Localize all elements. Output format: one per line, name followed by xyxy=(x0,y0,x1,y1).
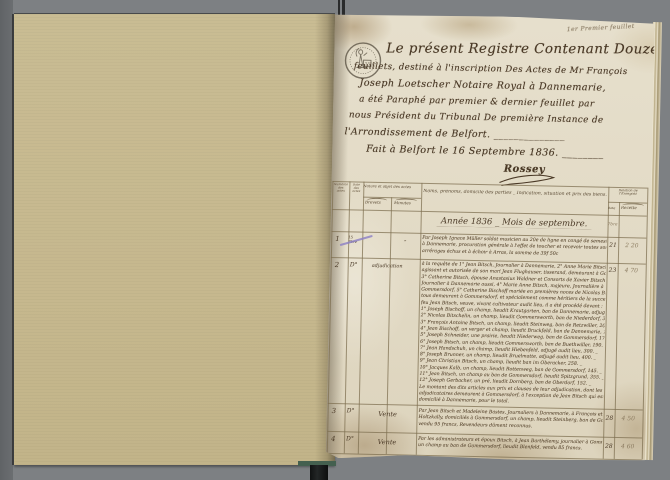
reg-fee: 4 50 xyxy=(621,415,635,422)
row-number: 2 xyxy=(335,261,340,269)
reg-day: 28 xyxy=(605,443,613,450)
reg-day: 23 xyxy=(609,267,617,274)
reg-fee: 4 60 xyxy=(621,443,635,450)
row-nature: adjudication xyxy=(362,263,420,271)
row-body: Par Joseph Ignace Müller soldat musicien… xyxy=(422,235,606,259)
col-header-numeros: Numérosdesactes xyxy=(332,183,350,209)
scanner-edge-strip xyxy=(0,0,13,480)
row-nature: Vente xyxy=(359,410,417,419)
col-header-noms: Noms, prénoms, domicile des parties _ In… xyxy=(423,189,607,199)
header-bottom-rule xyxy=(332,209,647,217)
left-page xyxy=(14,14,335,465)
row-number: 4 xyxy=(331,435,336,443)
header-line-5: nous Président du Tribunal De première I… xyxy=(349,110,604,125)
header-line-2: feuillets, destiné à l'inscription Des A… xyxy=(354,61,628,77)
col-subheader-minutes: Minutes xyxy=(391,201,421,208)
col-header-nature: Nature et objet des actes xyxy=(363,185,421,193)
reg-fee: 4 70 xyxy=(625,267,639,274)
notary-stamp-icon: 35 c xyxy=(343,39,384,82)
header-line-7: Fait à Belfort le 16 Septembre 1836. ___… xyxy=(366,144,604,160)
row-date: D° xyxy=(350,261,358,268)
corner-annotation: 1er Premier feuillet xyxy=(567,23,635,33)
col-divider xyxy=(614,202,620,459)
row-date: D° xyxy=(346,435,354,442)
reg-day: 21 xyxy=(609,242,617,249)
col-subheader-recette: Recette xyxy=(619,206,647,213)
right-page: 35 c 1er Premier feuillet Le présent Reg… xyxy=(326,13,655,465)
reg-day: 28 xyxy=(605,415,613,422)
col-subheader-brevets: Brevets xyxy=(363,201,391,208)
row-body: Par les administrateurs et époux Bitsch,… xyxy=(418,436,602,453)
register-table: Numérosdesactes Datedesactes Nature et o… xyxy=(327,181,648,460)
header-line-4: a été Paraphé par premier & dernier feui… xyxy=(359,95,594,110)
row-nature: ″ xyxy=(390,239,420,247)
header-line-3: Joseph Loetscher Notaire Royal à Dannema… xyxy=(359,78,606,94)
col-header-line: actes xyxy=(332,189,349,193)
col-subheader-regdate: date xyxy=(608,207,619,214)
row-number: 3 xyxy=(332,407,337,415)
scanned-register-view: 35 c 1er Premier feuillet Le présent Reg… xyxy=(0,0,670,480)
book-support-post xyxy=(310,465,328,480)
row-body: à la requête de 1° Jean Bitsch, Journali… xyxy=(419,261,606,407)
reg-fee: 2 20 xyxy=(625,242,639,249)
book-clamp-icon xyxy=(338,0,345,17)
row-body: Par Jean Bitsch et Madeleine Bastes, Jou… xyxy=(418,408,602,432)
table-border-bottom xyxy=(327,453,642,461)
row-number: 1 xyxy=(335,235,340,243)
month-section-title: Année 1836 _ Mois de septembre. xyxy=(421,216,608,230)
header-line-1: Le présent Registre Contenant Douze xyxy=(386,40,658,57)
col-header-enregistrement: Relation de l'Enregistt xyxy=(609,189,647,201)
header-line-6: l'Arrondissement de Belfort. ___________… xyxy=(344,126,565,142)
col-header-line: actes xyxy=(349,190,363,194)
col-header-date: Datedesactes xyxy=(349,183,364,209)
row-date: D° xyxy=(347,407,355,414)
row-nature: Vente xyxy=(358,438,416,447)
month-mark: 7bre xyxy=(608,222,619,229)
